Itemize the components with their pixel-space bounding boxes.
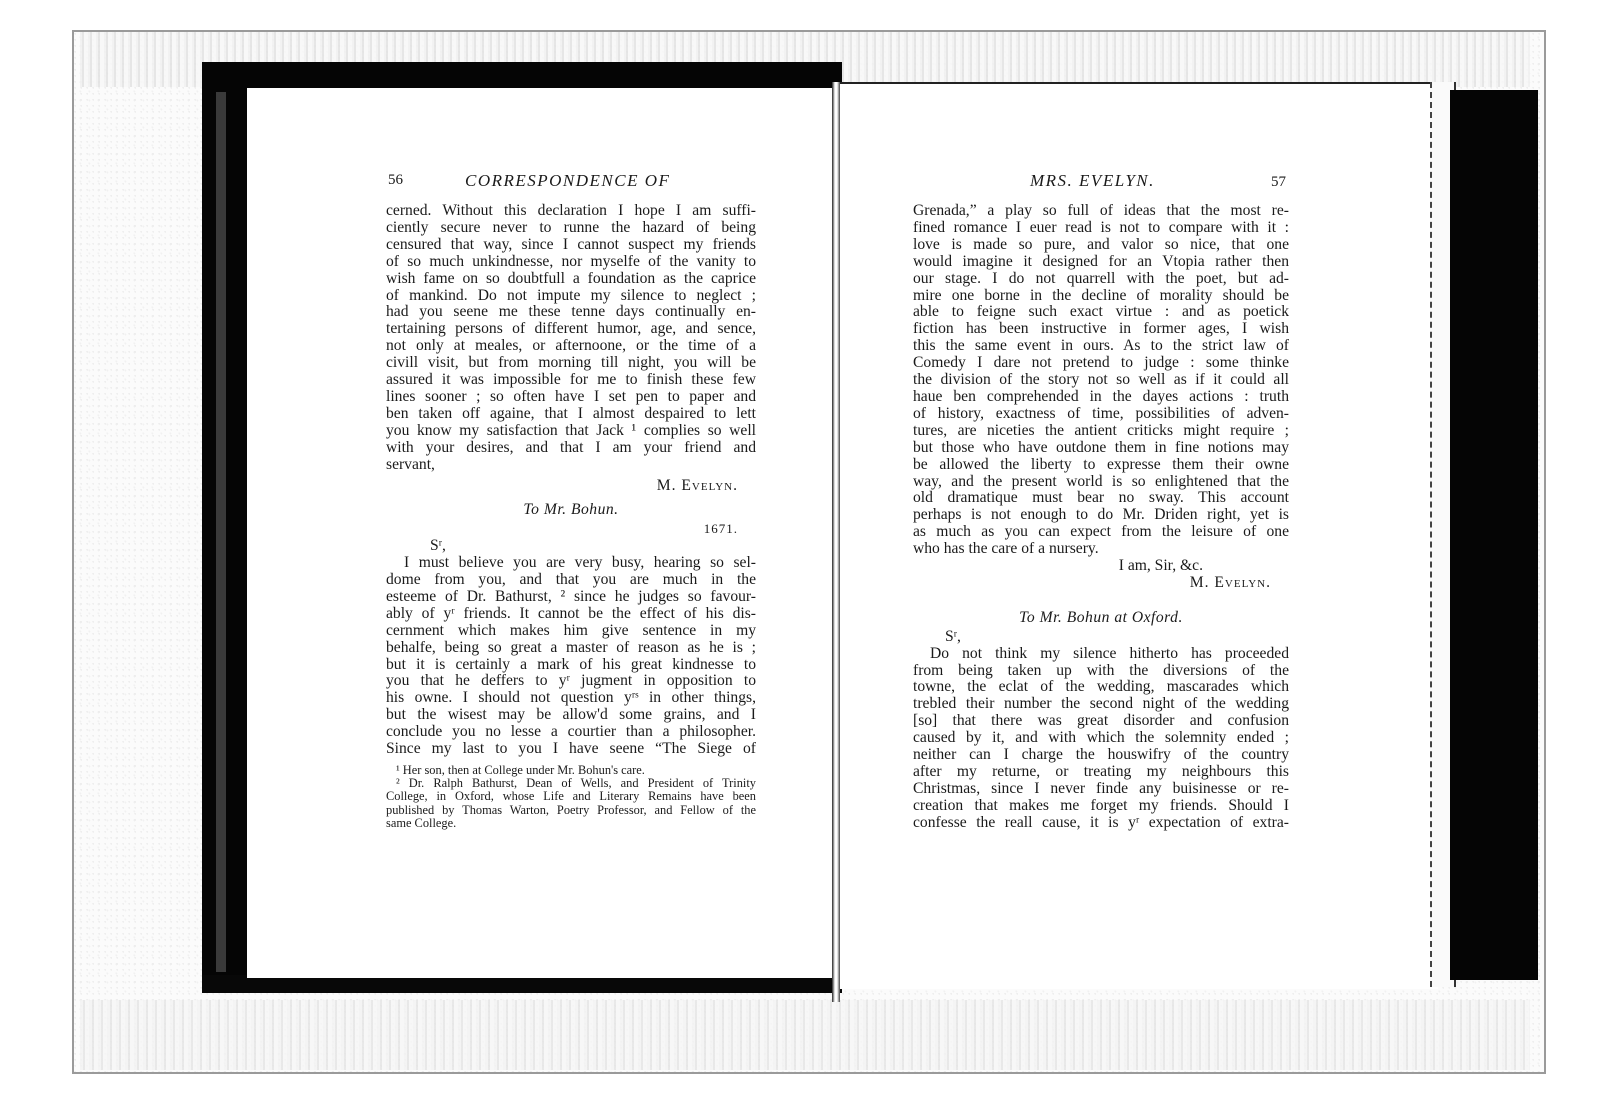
letter-body-2: I must believe you are very busy, hearin… xyxy=(386,555,756,758)
text-line: servant, xyxy=(386,457,756,474)
text-line: way, and the present world is so enlight… xyxy=(913,474,1289,491)
text-line: tures, are niceties the antient criticks… xyxy=(913,423,1289,440)
letter-closing: I am, Sir, &c. xyxy=(913,558,1289,575)
text-line: [so] that there was great disorder and c… xyxy=(913,713,1289,730)
text-line: ciently secure never to runne the hazard… xyxy=(386,220,756,237)
letter-body-continued: Grenada,” a play so full of ideas that t… xyxy=(913,203,1289,558)
text-line: ably of yʳ friends. It cannot be the eff… xyxy=(386,606,756,623)
text-line: haue ben comprehended in the dayes actio… xyxy=(913,389,1289,406)
text-line: perhaps is not enough to do Mr. Driden r… xyxy=(913,507,1289,524)
footnote: same College. xyxy=(386,817,756,830)
text-line: assured it was impossible for me to fini… xyxy=(386,372,756,389)
text-line: after my returne, or treating my neighbo… xyxy=(913,764,1289,781)
signature: M. Evelyn. xyxy=(386,478,756,495)
text-line: with your desires, and that I am your fr… xyxy=(386,440,756,457)
footnote: College, in Oxford, whose Life and Liter… xyxy=(386,790,756,803)
text-line: dome from you, and that you are much in … xyxy=(386,572,756,589)
letter-addressee: To Mr. Bohun at Oxford. xyxy=(913,610,1289,627)
text-line: conclude you no lesse a courtier than a … xyxy=(386,724,756,741)
page-number-right: 57 xyxy=(1271,174,1286,191)
text-line: censured that way, since I cannot suspec… xyxy=(386,237,756,254)
letter-body-3: Do not think my silence hitherto has pro… xyxy=(913,646,1289,832)
text-line: towne, the eclat of the wedding, mascara… xyxy=(913,679,1289,696)
footnote: published by Thomas Warton, Poetry Profe… xyxy=(386,804,756,817)
text-line: trebled their number the second night of… xyxy=(913,696,1289,713)
text-line: as much as you can expect from the leisu… xyxy=(913,524,1289,541)
text-line: I must believe you are very busy, hearin… xyxy=(386,555,756,572)
left-page-text: cerned. Without this declaration I hope … xyxy=(386,203,756,830)
text-line: lines sooner ; so often have I set pen t… xyxy=(386,389,756,406)
right-page-text: Grenada,” a play so full of ideas that t… xyxy=(913,203,1289,832)
text-line: not only at meales, or afternoone, or th… xyxy=(386,338,756,355)
text-line: Grenada,” a play so full of ideas that t… xyxy=(913,203,1289,220)
text-line: behalfe, being so great a master of reas… xyxy=(386,640,756,657)
text-line: Comedy I dare not pretend to judge : som… xyxy=(913,355,1289,372)
book-gutter xyxy=(832,82,840,1002)
text-line: our stage. I do not quarrell with the po… xyxy=(913,271,1289,288)
letter-salutation: Sʳ, xyxy=(913,629,1289,646)
text-line: from being taken up with the diversions … xyxy=(913,663,1289,680)
footnotes: ¹ Her son, then at College under Mr. Boh… xyxy=(386,764,756,830)
text-line: of mankind. Do not impute my silence to … xyxy=(386,288,756,305)
text-line: Do not think my silence hitherto has pro… xyxy=(913,646,1289,663)
text-line: be allowed the liberty to expresse them … xyxy=(913,457,1289,474)
right-cover-edge xyxy=(1450,90,1538,980)
text-line: would imagine it designed for an Vtopia … xyxy=(913,254,1289,271)
text-line: tertaining persons of different humor, a… xyxy=(386,321,756,338)
letter-date: 1671. xyxy=(386,521,756,538)
page-number-left: 56 xyxy=(388,172,403,189)
text-line: fiction has been instructive in former a… xyxy=(913,321,1289,338)
text-line: love is made so pure, and valor so nice,… xyxy=(913,237,1289,254)
left-page-edge-stripe xyxy=(216,92,226,972)
text-line: who has the care of a nursery. xyxy=(913,541,1289,558)
text-line: civill visit, but from morning till nigh… xyxy=(386,355,756,372)
text-line: but it is certainly a mark of his great … xyxy=(386,657,756,674)
text-line: this the same event in ours. As to the s… xyxy=(913,338,1289,355)
text-line: of so much unkindnesse, nor myselfe of t… xyxy=(386,254,756,271)
text-line: cernment which makes him give sentence i… xyxy=(386,623,756,640)
running-head-right: MRS. EVELYN. xyxy=(1030,171,1155,191)
signature: M. Evelyn. xyxy=(913,575,1289,592)
text-line: but those who have outdone them in fine … xyxy=(913,440,1289,457)
text-line: you know my satisfaction that Jack ¹ com… xyxy=(386,423,756,440)
text-line: esteeme of Dr. Bathurst, ² since he judg… xyxy=(386,589,756,606)
text-line: ben taken off againe, that I almost desp… xyxy=(386,406,756,423)
text-line: neither can I charge the houswifry of th… xyxy=(913,747,1289,764)
text-line: old dramatique must bear no sway. This a… xyxy=(913,490,1289,507)
text-line: Since my last to you I have seene “The S… xyxy=(386,741,756,758)
text-line: of history, exactness of time, possibili… xyxy=(913,406,1289,423)
text-line: creation that makes me forget my friends… xyxy=(913,798,1289,815)
text-line: able to feigne such exact virtue : and a… xyxy=(913,304,1289,321)
text-line: you that he deffers to yʳ jugment in opp… xyxy=(386,673,756,690)
text-line: the division of the story not so well as… xyxy=(913,372,1289,389)
text-line: had you seene me these tenne days contin… xyxy=(386,304,756,321)
text-line: confesse the reall cause, it is yʳ expec… xyxy=(913,815,1289,832)
letter-body-1: cerned. Without this declaration I hope … xyxy=(386,203,756,474)
letter-addressee: To Mr. Bohun. xyxy=(386,502,756,519)
letter-salutation: Sʳ, xyxy=(386,538,756,555)
text-line: wish fame on so doubtfull a foundation a… xyxy=(386,271,756,288)
text-line: mire one borne in the decline of moralit… xyxy=(913,288,1289,305)
text-line: but the wisest may be allow'd some grain… xyxy=(386,707,756,724)
text-line: caused by it, and with which the solemni… xyxy=(913,730,1289,747)
running-head-left: CORRESPONDENCE OF xyxy=(465,171,670,191)
text-line: cerned. Without this declaration I hope … xyxy=(386,203,756,220)
text-line: his owne. I should not question yʳˢ in o… xyxy=(386,690,756,707)
text-line: fined romance I euer read is not to comp… xyxy=(913,220,1289,237)
cover-bottom-edge xyxy=(80,1000,1530,1070)
text-line: Christmas, since I never finde any buisi… xyxy=(913,781,1289,798)
